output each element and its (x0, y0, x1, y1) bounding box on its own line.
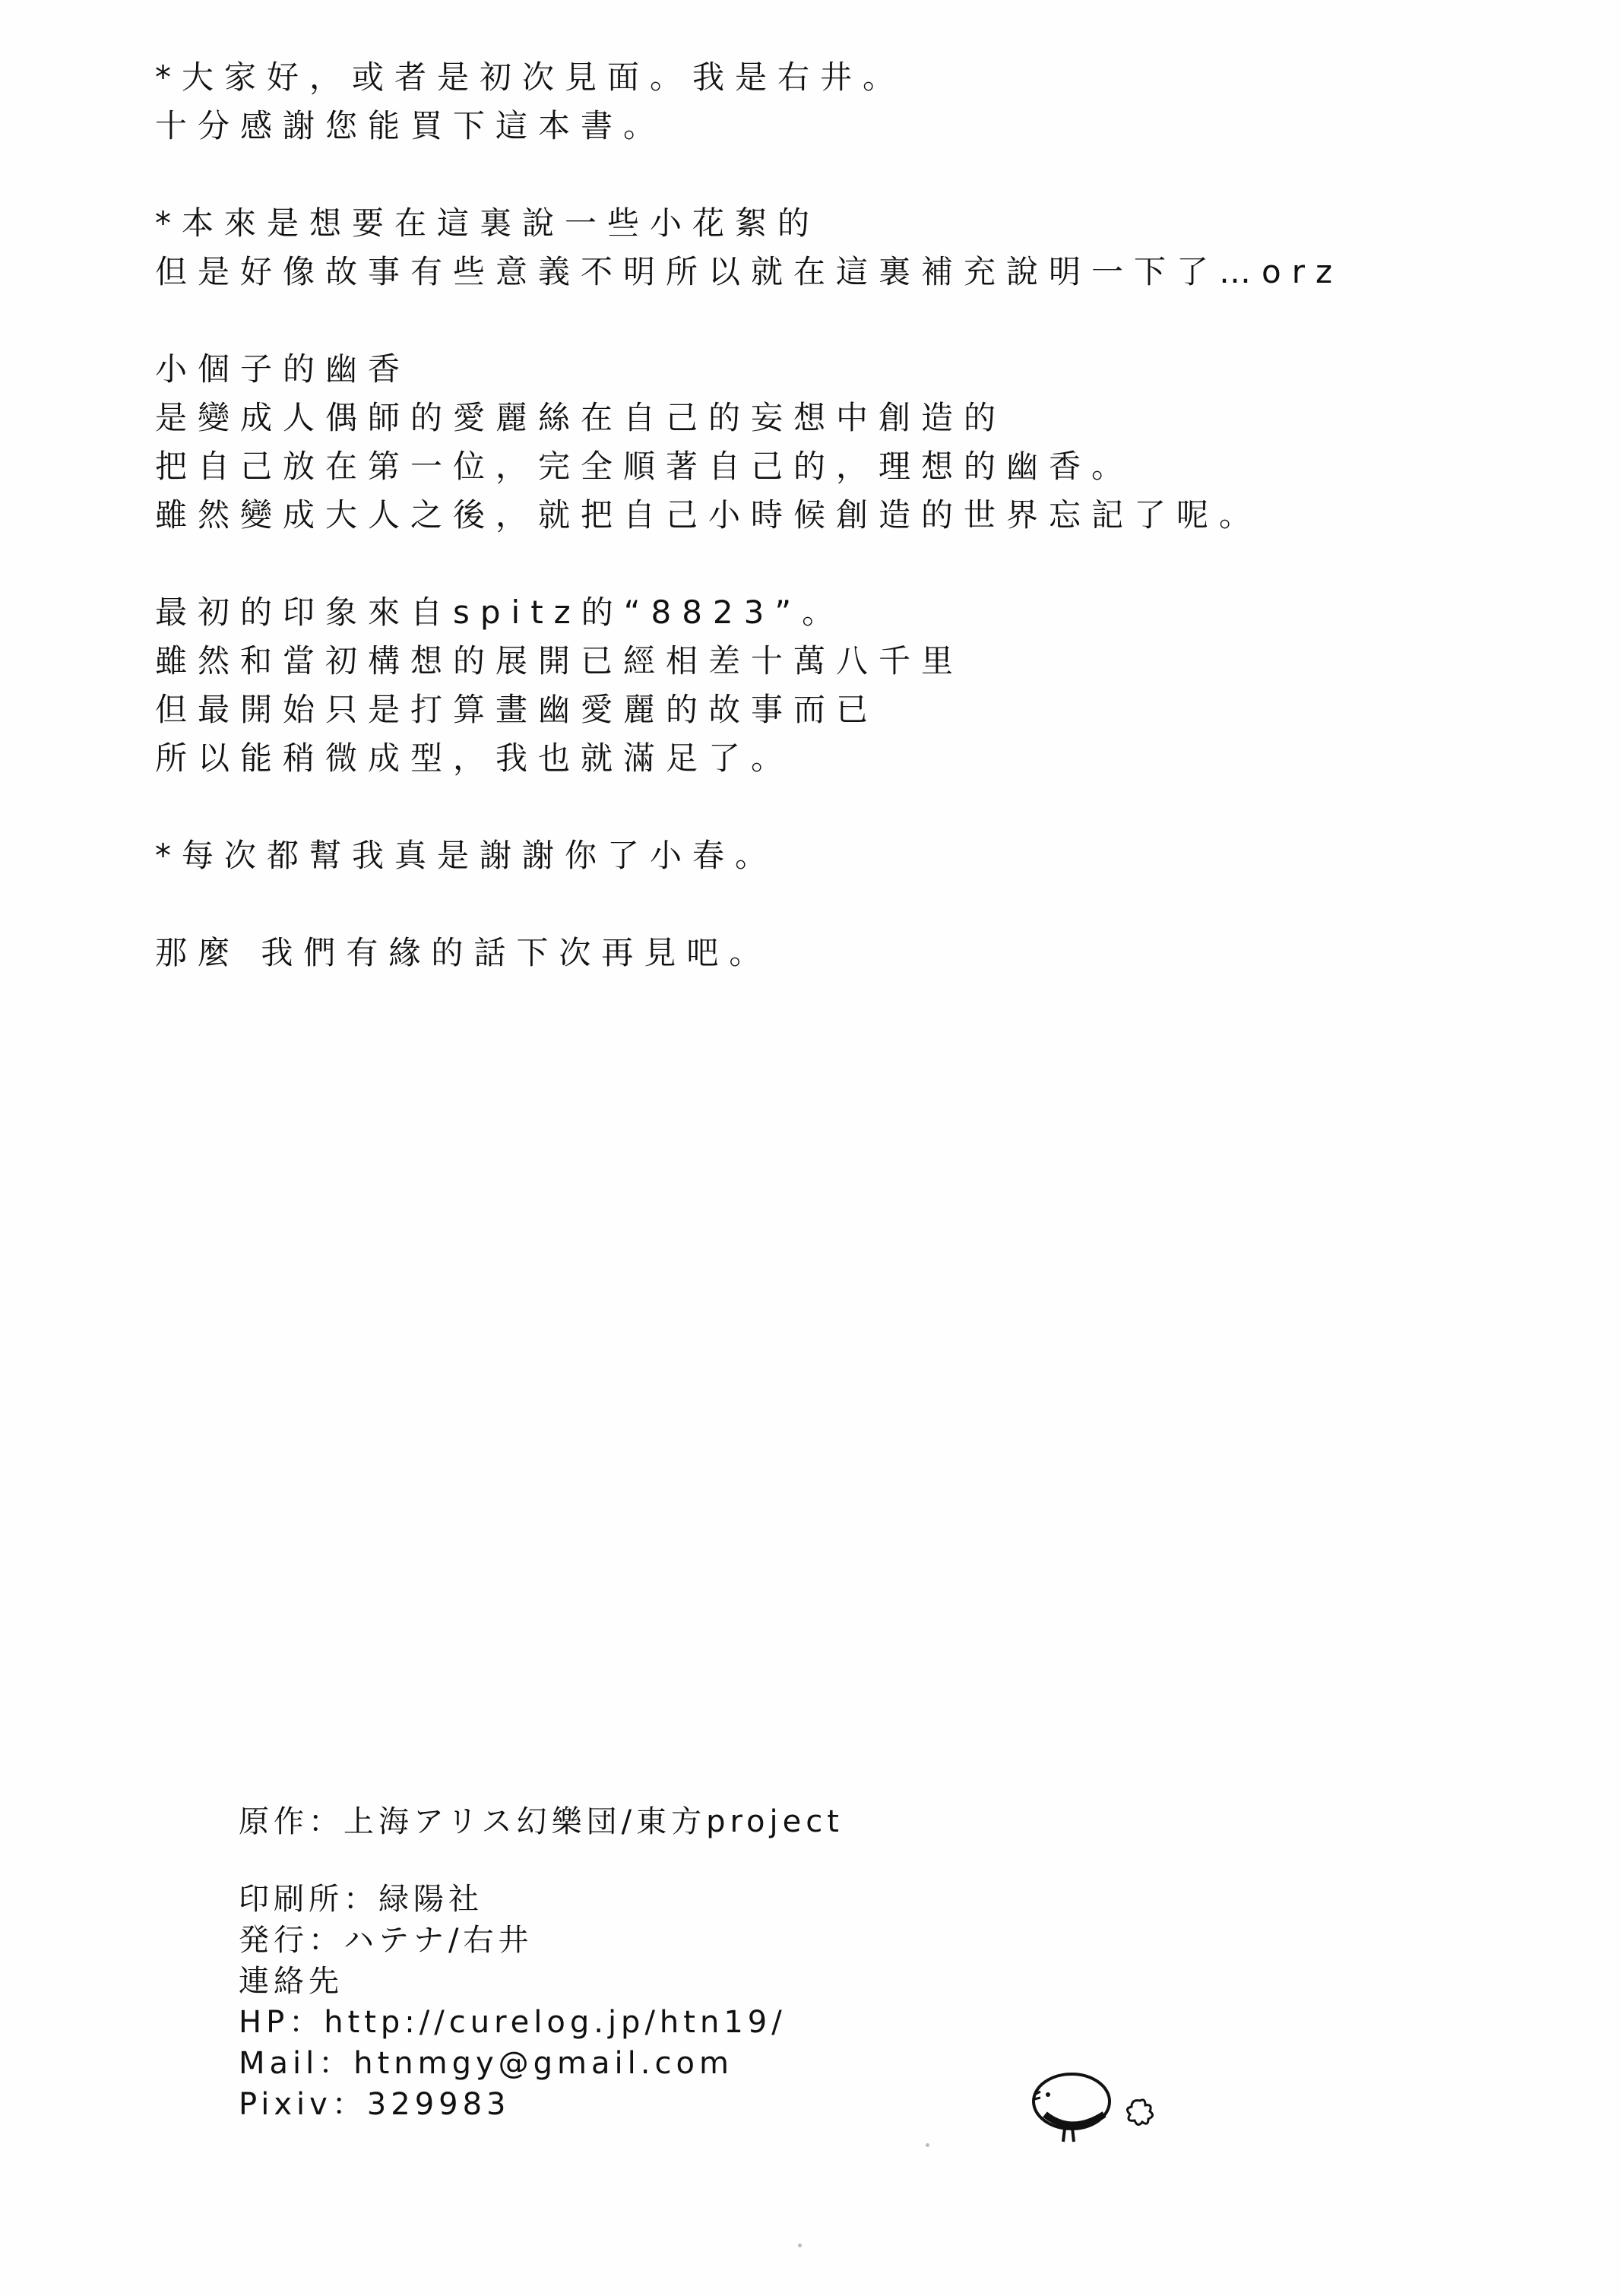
paper-speck (926, 2143, 929, 2147)
explanation-paragraph: *本來是想要在這裏說一些小花絮的 但是好像故事有些意義不明所以就在這裏補充說明一… (155, 199, 1447, 296)
doodle (1030, 2067, 1182, 2151)
text-line: 小個子的幽香 (155, 345, 1447, 394)
spacer (239, 1842, 1151, 1879)
text-line: *每次都幫我真是謝謝你了小春。 (155, 831, 1447, 880)
text-line: *大家好，或者是初次見面。我是右井。 (155, 53, 1447, 102)
greeting-paragraph: *大家好，或者是初次見面。我是右井。 十分感謝您能買下這本書。 (155, 53, 1447, 150)
mail-link[interactable]: Mail：htnmgy@gmail.com (239, 2043, 1151, 2084)
thanks-paragraph: *每次都幫我真是謝謝你了小春。 (155, 831, 1447, 880)
afterword-page: *大家好，或者是初次見面。我是右井。 十分感謝您能買下這本書。 *本來是想要在這… (0, 0, 1621, 2296)
text-line: 最初的印象來自spitz的“8823”。 (155, 588, 1447, 637)
text-line: 是變成人偶師的愛麗絲在自己的妄想中創造的 (155, 394, 1447, 442)
yuka-paragraph: 小個子的幽香 是變成人偶師的愛麗絲在自己的妄想中創造的 把自己放在第一位，完全順… (155, 345, 1447, 540)
text-line: 雖然和當初構想的展開已經相差十萬八千里 (155, 637, 1447, 686)
farewell-paragraph: 那麼 我們有緣的話下次再見吧。 (155, 929, 1447, 977)
text-line: 雖然變成大人之後，就把自己小時候創造的世界忘記了呢。 (155, 491, 1447, 540)
pixiv-id: Pixiv：329983 (239, 2084, 1151, 2125)
text-line: 十分感謝您能買下這本書。 (155, 102, 1447, 150)
inspiration-paragraph: 最初的印象來自spitz的“8823”。 雖然和當初構想的展開已經相差十萬八千里… (155, 588, 1447, 783)
homepage-link[interactable]: HP：http://curelog.jp/htn19/ (239, 2002, 1151, 2043)
contact-label: 連絡先 (239, 1961, 1151, 2002)
paper-speck (798, 2244, 802, 2247)
publisher: 発行：ハテナ/右井 (239, 1920, 1151, 1961)
text-line: 那麼 我們有緣的話下次再見吧。 (155, 929, 1447, 977)
text-line: 所以能稍微成型，我也就滿足了。 (155, 734, 1447, 783)
bird-icon (1030, 2067, 1182, 2151)
original-work: 原作：上海アリス幻樂団/東方project (239, 1801, 1151, 1842)
text-line: 但是好像故事有些意義不明所以就在這裏補充說明一下了…orz (155, 248, 1447, 296)
printer: 印刷所：緑陽社 (239, 1879, 1151, 1920)
afterword-text: *大家好，或者是初次見面。我是右井。 十分感謝您能買下這本書。 *本來是想要在這… (155, 53, 1447, 1026)
flower-icon (1121, 2096, 1159, 2130)
text-line: 把自己放在第一位，完全順著自己的，理想的幽香。 (155, 442, 1447, 491)
text-line: 但最開始只是打算畫幽愛麗的故事而已 (155, 686, 1447, 734)
colophon: 原作：上海アリス幻樂団/東方project 印刷所：緑陽社 発行：ハテナ/右井 … (239, 1801, 1151, 2125)
text-line: *本來是想要在這裏說一些小花絮的 (155, 199, 1447, 248)
